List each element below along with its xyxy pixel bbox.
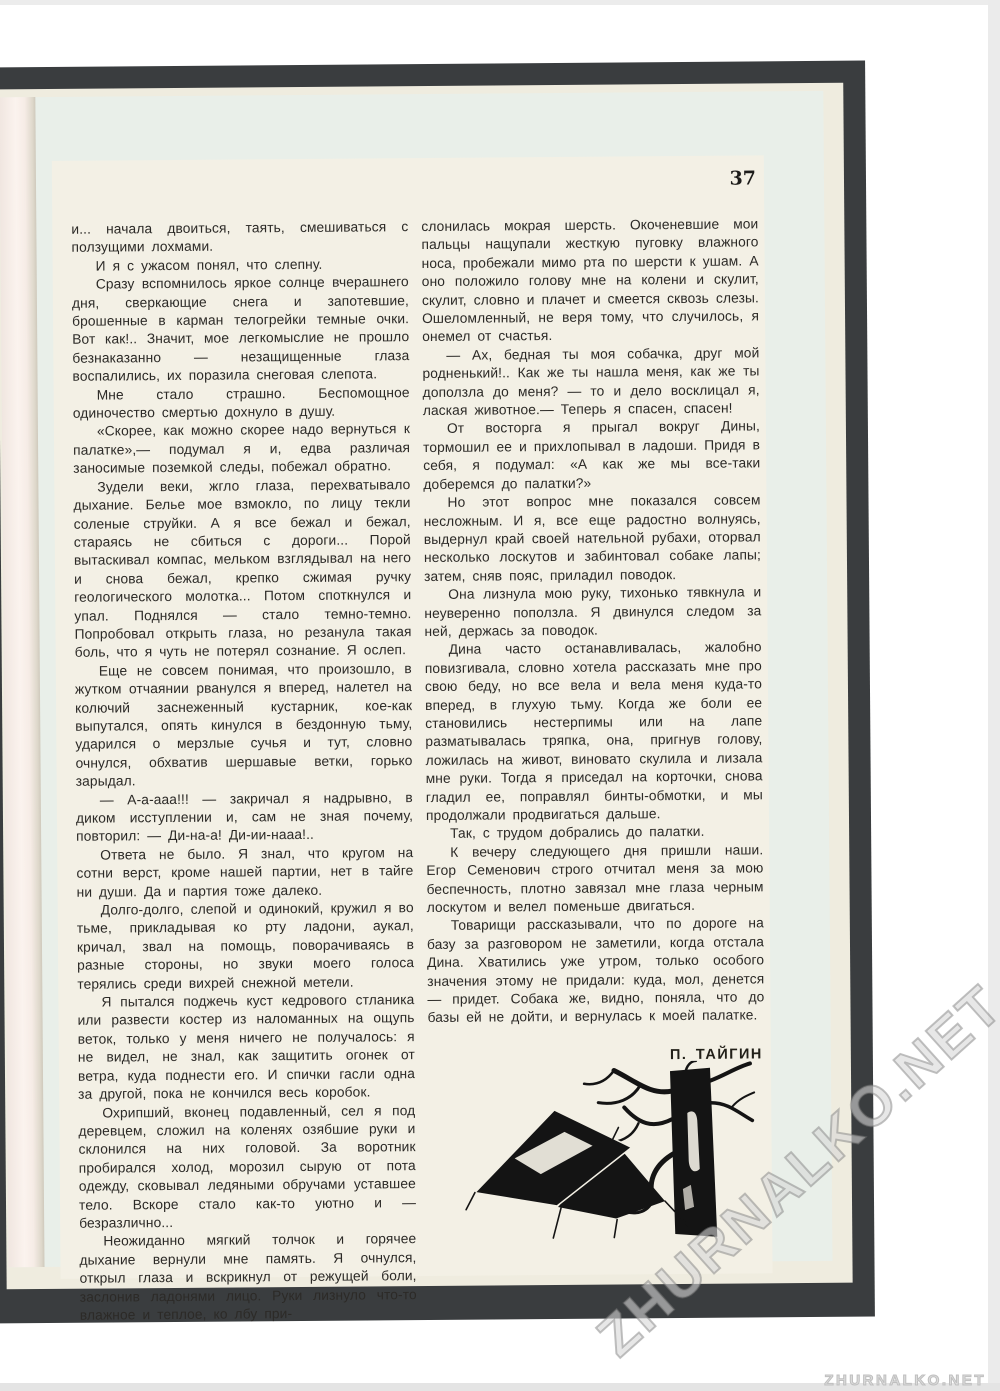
screen-edge-top xyxy=(0,0,1000,5)
page-body: 37 и... начала двоиться, таять, смешиват… xyxy=(52,155,773,1279)
scanner-dark-frame: 37 и... начала двоиться, таять, смешиват… xyxy=(0,61,875,1324)
scanned-magazine-page: 37 и... начала двоиться, таять, смешиват… xyxy=(0,0,1000,1391)
binding-edge xyxy=(0,97,45,1267)
page-number: 37 xyxy=(729,167,756,189)
paragraph: — А-а-ааа!!! — закричал я надрывно, в ди… xyxy=(76,789,413,847)
paragraph: Еще не совсем понимая, что произошло, в … xyxy=(75,660,413,791)
sheet-green-margin: 37 и... начала двоиться, таять, смешиват… xyxy=(0,91,832,1267)
paragraph: Охрипший, вконец подавленный, сел я под … xyxy=(78,1102,416,1233)
paragraph: Долго-долго, слепой и одинокий, кружил я… xyxy=(77,899,415,994)
paragraph: слонилась мокрая шерсть. Окоченевшие мои… xyxy=(421,215,759,346)
paragraph: и... начала двоиться, таять, смешиваться… xyxy=(71,218,408,257)
paragraph: Дина часто останавливалась, жалобно пови… xyxy=(425,639,763,826)
paragraph: Товарищи рассказывали, что по дороге на … xyxy=(427,915,765,1028)
paragraph: От восторга я прыгал вокруг Дины, тормош… xyxy=(423,418,761,494)
paragraph: Я пытался поджечь куст кедрового стланик… xyxy=(77,991,415,1104)
screen-edge-right xyxy=(988,0,1000,1391)
paragraph: К вечеру следующего дня пришли наши. Его… xyxy=(426,841,764,917)
paragraph: Сразу вспомнилось яркое солнце вчерашнег… xyxy=(72,273,410,386)
paragraph: Ответа не было. Я знал, что кругом на со… xyxy=(76,844,413,902)
left-column: и... начала двоиться, таять, смешиваться… xyxy=(71,218,417,1325)
paragraph: Она лизнула мою руку, тихонько тявкнула … xyxy=(424,583,761,641)
paragraph: «Скорее, как можно скорее надо вернуться… xyxy=(73,421,410,479)
watermark-site-label: ZHURNALKO.NET xyxy=(824,1372,986,1389)
right-column-paragraphs: слонилась мокрая шерсть. Окоченевшие мои… xyxy=(421,215,764,1027)
paragraph: Зудели веки, жгло глаза, перехватывало д… xyxy=(73,476,411,663)
sheet-outer-edge: 37 и... начала двоиться, таять, смешиват… xyxy=(0,83,853,1290)
paragraph: Неожиданно мягкий толчок и горячее дыхан… xyxy=(79,1230,417,1325)
paragraph: Мне стало страшно. Беспомощное одиночест… xyxy=(73,384,410,423)
paragraph: — Ах, бедная ты моя собачка, друг мой ро… xyxy=(422,344,760,420)
paragraph: Но этот вопрос мне показался совсем несл… xyxy=(423,491,761,586)
